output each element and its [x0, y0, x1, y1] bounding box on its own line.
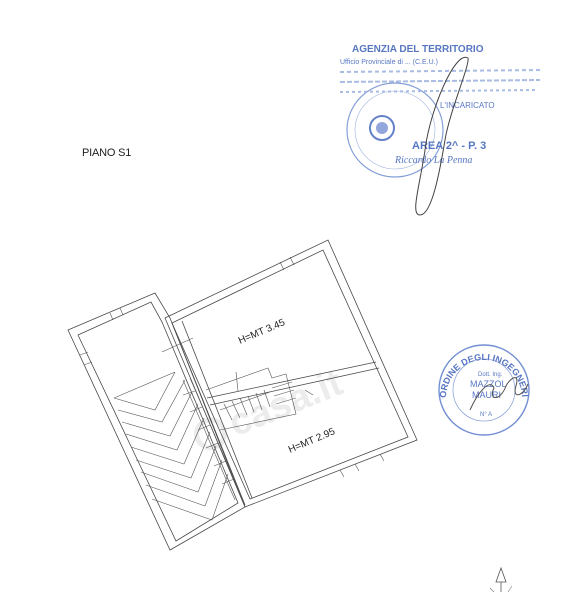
agenzia-stamp: AGENZIA DEL TERRITORIO Ufficio Provincia…: [340, 44, 540, 215]
svg-text:Ufficio Provinciale di ... (C.: Ufficio Provinciale di ... (C.E.U.): [340, 59, 438, 66]
svg-text:N° A: N° A: [480, 412, 492, 418]
svg-text:MAZZOL: MAZZOL: [470, 379, 507, 389]
floor-plan: casa.it: [0, 0, 582, 592]
svg-text:AREA 2^ - P. 3: AREA 2^ - P. 3: [412, 140, 486, 152]
room-label-upper: H=MT 3.45: [237, 317, 287, 347]
svg-text:Dott. Ing.: Dott. Ing.: [478, 372, 503, 378]
svg-text:Riccardo La Penna: Riccardo La Penna: [394, 155, 472, 166]
ingegneri-stamp: ORDINE DEGLI INGEGNERI DELLA PROV. Dott.…: [0, 0, 530, 435]
room-label-lower: H=MT 2.95: [287, 426, 337, 456]
svg-text:L'INCARICATO: L'INCARICATO: [440, 101, 495, 110]
svg-text:AGENZIA DEL TERRITORIO: AGENZIA DEL TERRITORIO: [352, 44, 484, 55]
north-arrow-icon: [490, 568, 512, 592]
